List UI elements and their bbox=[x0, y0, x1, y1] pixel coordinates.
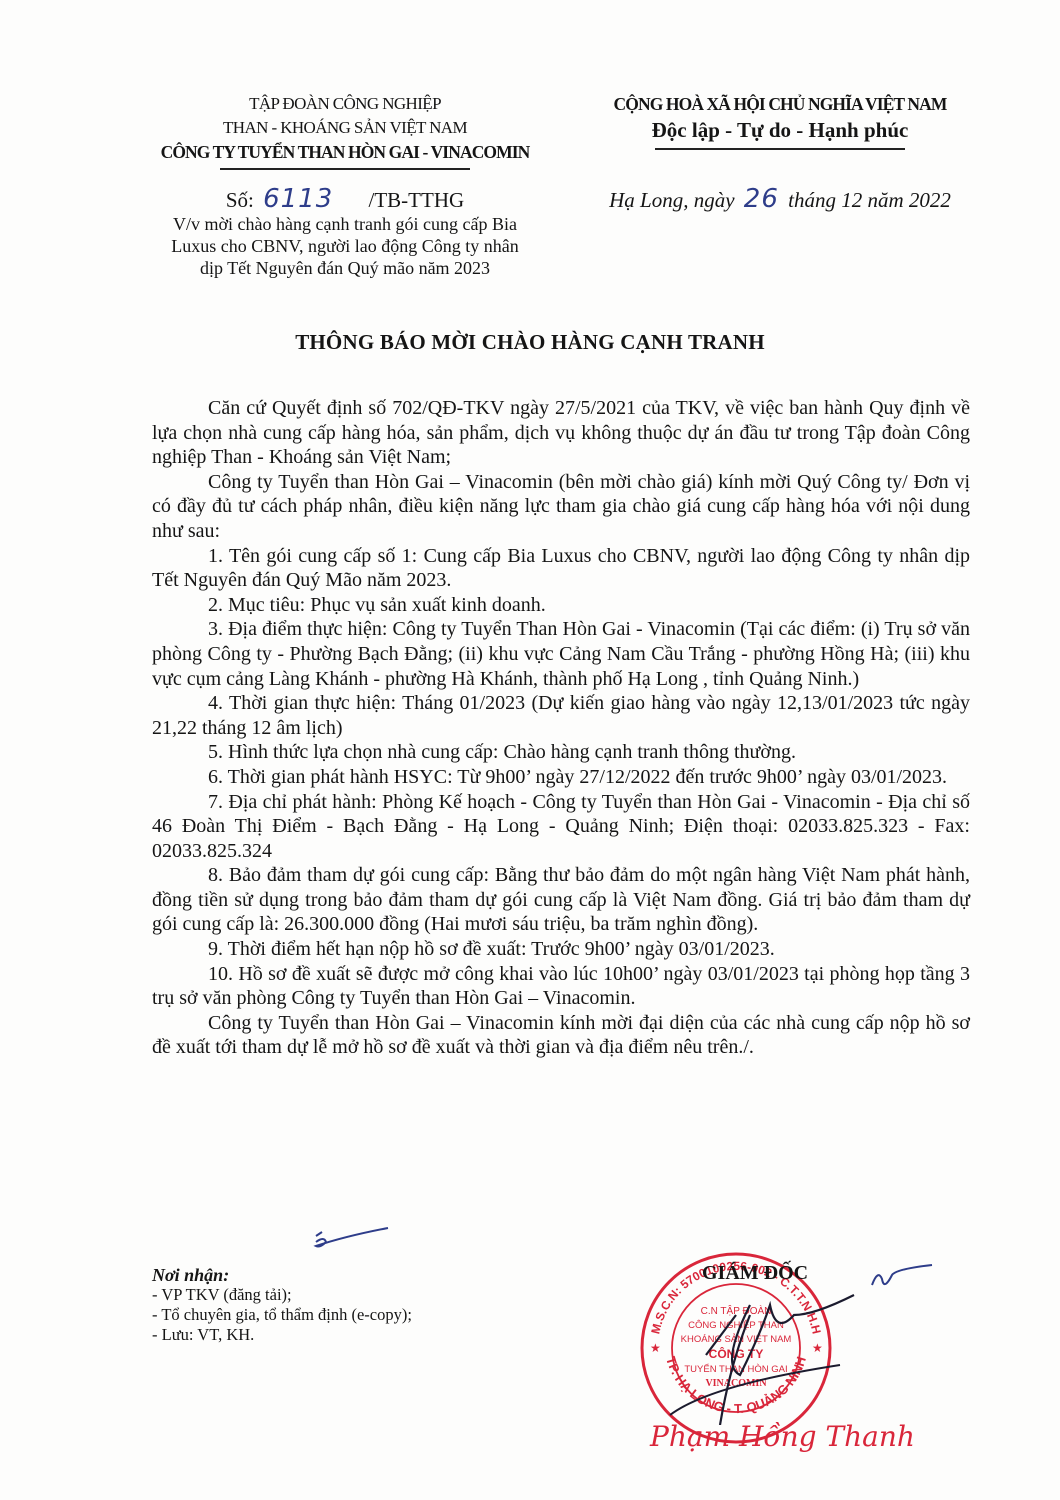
paragraph-legal-basis: Căn cứ Quyết định số 702/QĐ-TKV ngày 27/… bbox=[152, 396, 970, 470]
item-issuance-address: 7. Địa chỉ phát hành: Phòng Kế hoạch - C… bbox=[152, 790, 970, 864]
subject-line: V/v mời chào hàng cạnh tranh gói cung cấ… bbox=[120, 213, 570, 235]
date-line: Hạ Long, ngày 26 tháng 12 năm 2022 bbox=[560, 184, 1000, 214]
document-number: Số: 6113 /TB-TTHG bbox=[120, 184, 570, 214]
issuer-group: TẬP ĐOÀN CÔNG NGHIỆP bbox=[120, 92, 570, 116]
document-body: Căn cứ Quyết định số 702/QĐ-TKV ngày 27/… bbox=[152, 396, 970, 1060]
recipients-block: Nơi nhận: - VP TKV (đăng tải); - Tổ chuy… bbox=[152, 1265, 572, 1345]
item-objective: 2. Mục tiêu: Phục vụ sản xuất kinh doanh… bbox=[152, 593, 970, 618]
subject-line: dịp Tết Nguyên đán Quý mão năm 2023 bbox=[120, 257, 570, 279]
item-package-name: 1. Tên gói cung cấp số 1: Cung cấp Bia L… bbox=[152, 544, 970, 593]
date-suffix: tháng 12 năm 2022 bbox=[788, 188, 951, 212]
national-header: CỘNG HOÀ XÃ HỘI CHỦ NGHĨA VIỆT NAM Độc l… bbox=[560, 92, 1000, 150]
item-timeframe: 4. Thời gian thực hiện: Tháng 01/2023 (D… bbox=[152, 691, 970, 740]
issuer-underline bbox=[220, 168, 470, 170]
paragraph-closing: Công ty Tuyển than Hòn Gai – Vinacomin k… bbox=[152, 1011, 970, 1060]
issuer-header: TẬP ĐOÀN CÔNG NGHIỆP THAN - KHOÁNG SẢN V… bbox=[120, 92, 570, 170]
recipient-item: - VP TKV (đăng tải); bbox=[152, 1285, 572, 1305]
issuer-group-sub: THAN - KHOÁNG SẢN VIỆT NAM bbox=[120, 116, 570, 140]
handwritten-day: 26 bbox=[744, 184, 779, 214]
issuer-company: CÔNG TY TUYỂN THAN HÒN GAI - VINACOMIN bbox=[120, 140, 570, 164]
subject-summary: V/v mời chào hàng cạnh tranh gói cung cấ… bbox=[120, 213, 570, 279]
document-title: THÔNG BÁO MỜI CHÀO HÀNG CẠNH TRANH bbox=[0, 330, 1060, 355]
handwritten-signature-icon bbox=[640, 1255, 940, 1425]
national-title: CỘNG HOÀ XÃ HỘI CHỦ NGHĨA VIỆT NAM bbox=[560, 92, 1000, 116]
number-prefix: Số: bbox=[226, 188, 254, 212]
recipient-item: - Tổ chuyên gia, tổ thẩm định (e-copy); bbox=[152, 1305, 572, 1325]
recipient-item: - Lưu: VT, KH. bbox=[152, 1325, 572, 1345]
number-suffix: /TB-TTHG bbox=[369, 188, 465, 212]
motto-underline bbox=[655, 148, 905, 150]
item-opening: 10. Hồ sơ đề xuất sẽ được mở công khai v… bbox=[152, 962, 970, 1011]
subject-line: Luxus cho CBNV, người lao động Công ty n… bbox=[120, 235, 570, 257]
national-motto: Độc lập - Tự do - Hạnh phúc bbox=[560, 116, 1000, 144]
recipients-heading: Nơi nhận: bbox=[152, 1265, 572, 1285]
initial-mark-icon bbox=[312, 1222, 402, 1252]
item-bid-security: 8. Bảo đảm tham dự gói cung cấp: Bằng th… bbox=[152, 863, 970, 937]
date-prefix: Hạ Long, ngày bbox=[609, 188, 734, 212]
handwritten-number: 6113 bbox=[263, 184, 333, 214]
item-location: 3. Địa điểm thực hiện: Công ty Tuyển Tha… bbox=[152, 617, 970, 691]
item-issuance-time: 6. Thời gian phát hành HSYC: Từ 9h00’ ng… bbox=[152, 765, 970, 790]
item-selection-method: 5. Hình thức lựa chọn nhà cung cấp: Chào… bbox=[152, 740, 970, 765]
item-deadline: 9. Thời điểm hết hạn nộp hồ sơ đề xuất: … bbox=[152, 937, 970, 962]
paragraph-invitation: Công ty Tuyển than Hòn Gai – Vinacomin (… bbox=[152, 470, 970, 544]
